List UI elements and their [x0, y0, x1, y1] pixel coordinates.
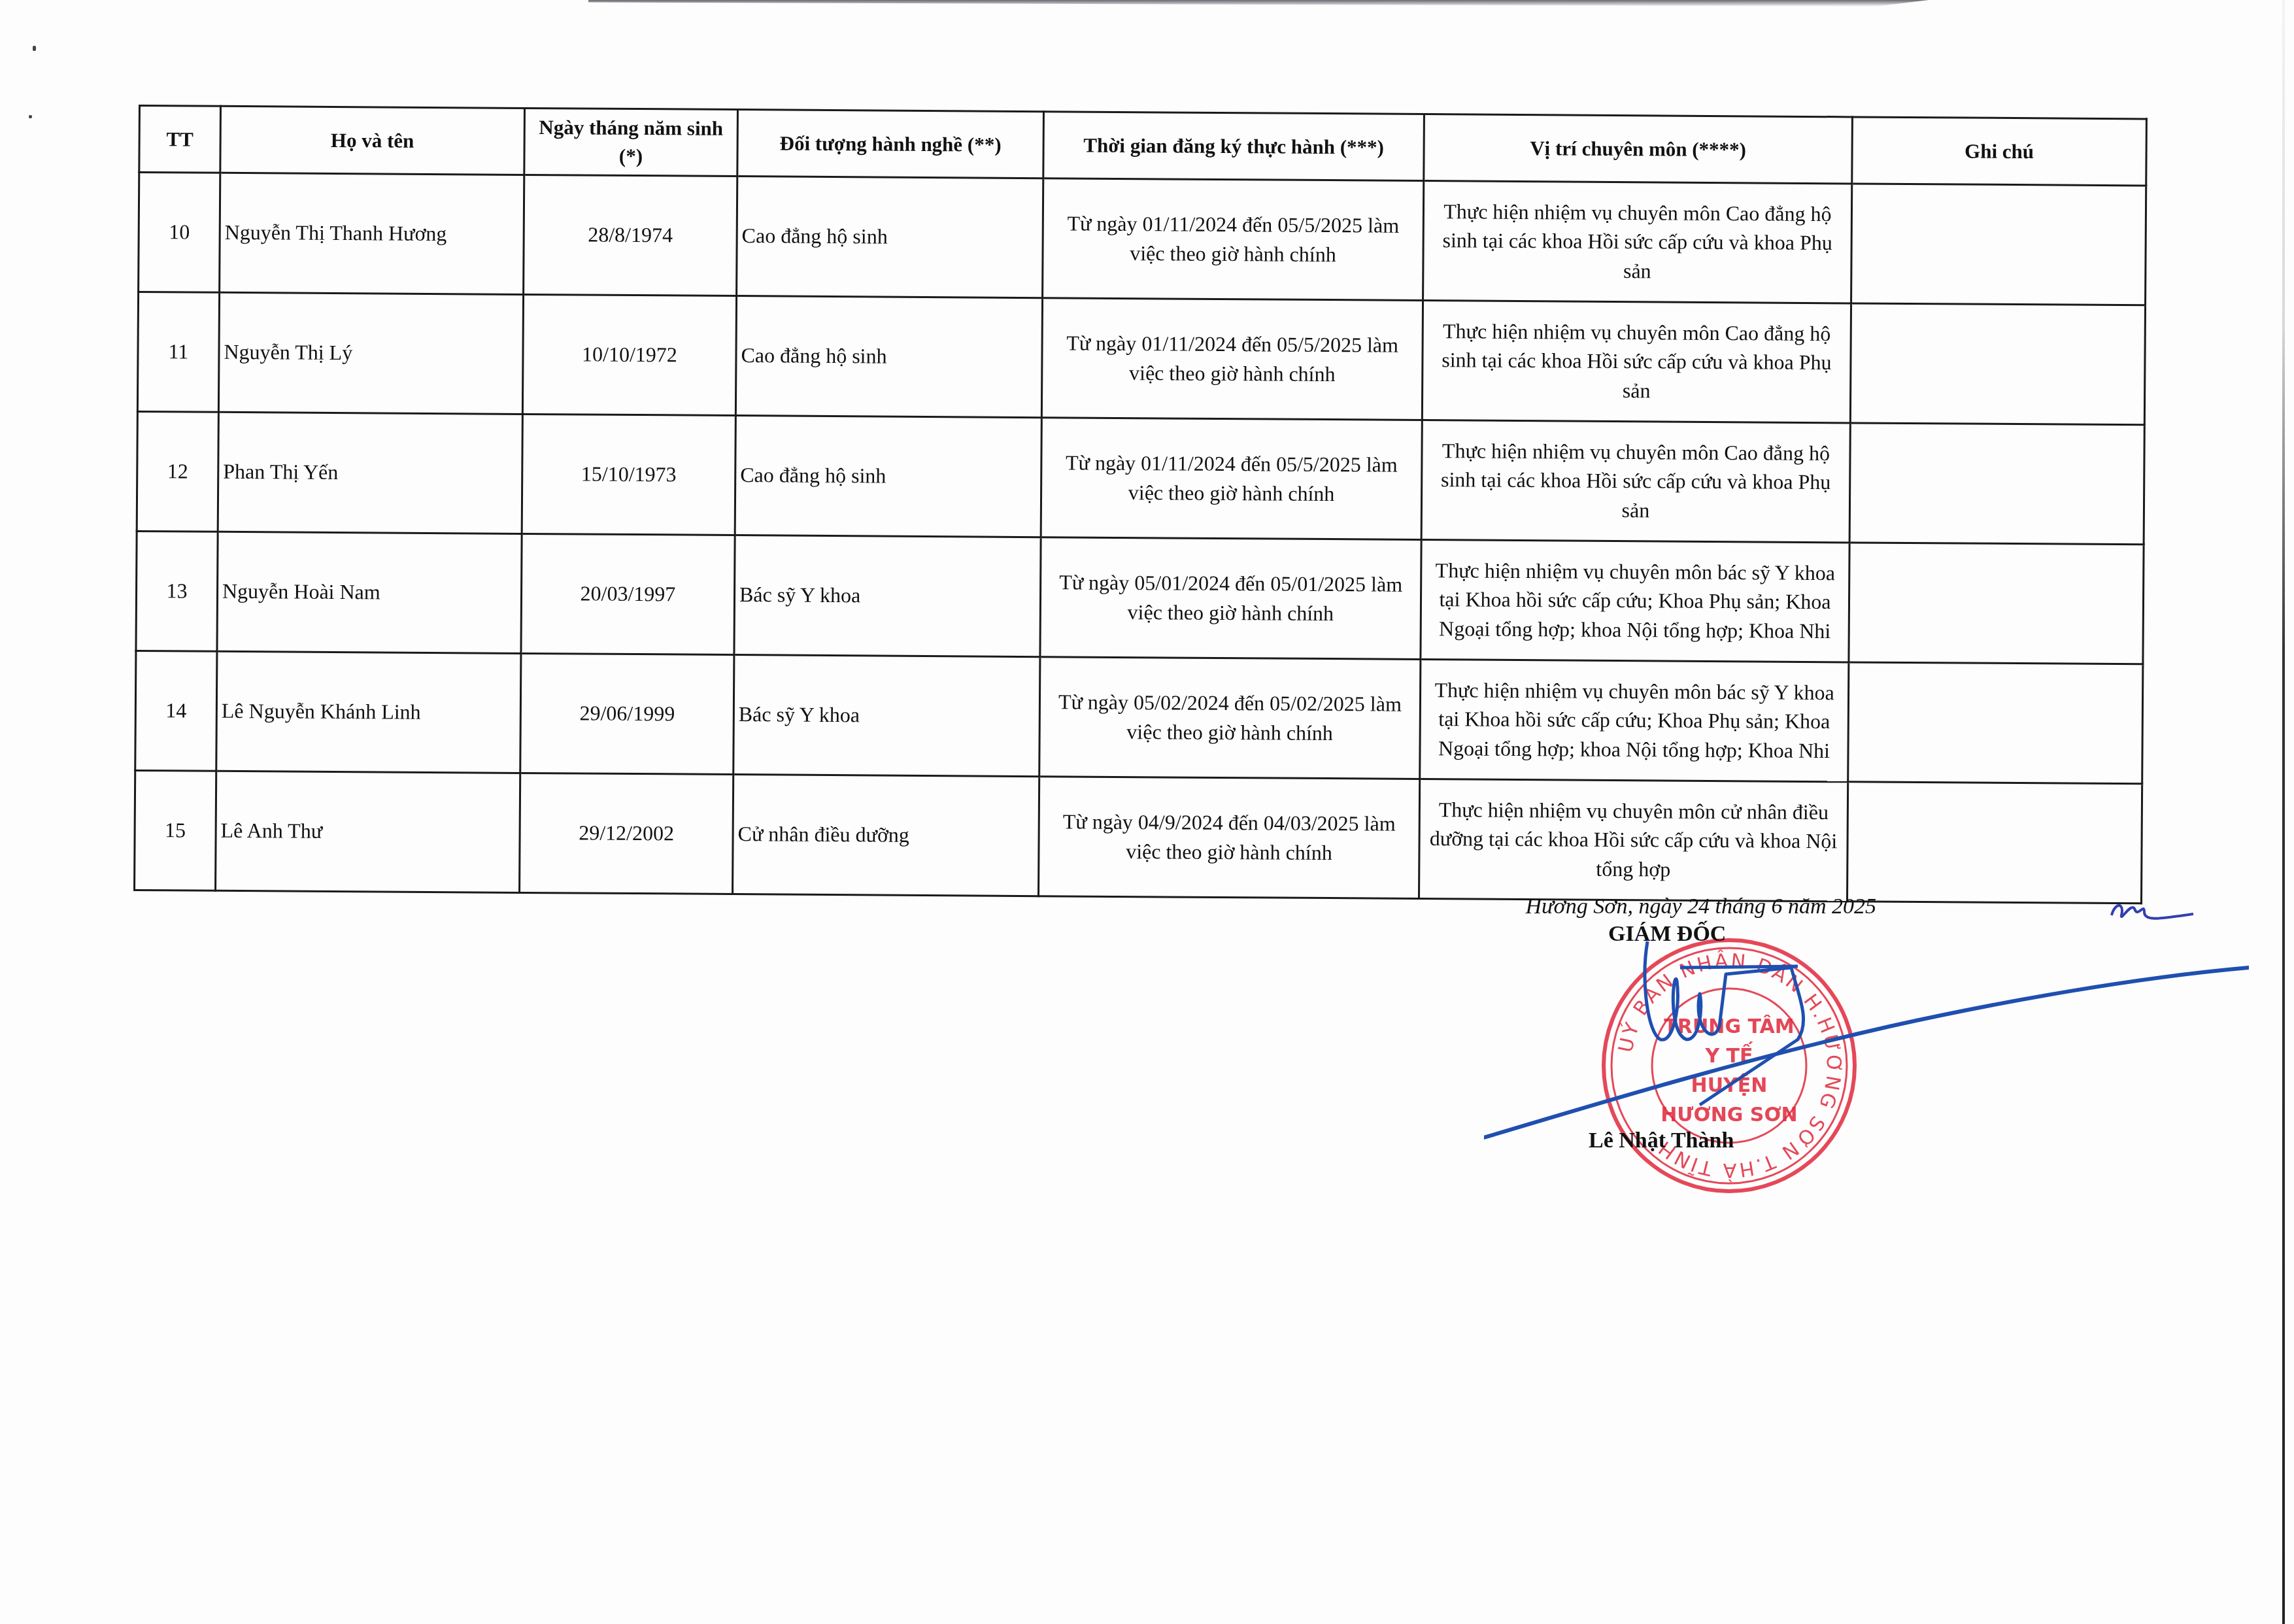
header-note: Ghi chú	[1852, 117, 2147, 186]
cell-dob: 28/8/1974	[524, 175, 737, 296]
scan-top-shadow	[588, 0, 1929, 7]
cell-position: Thực hiện nhiệm vụ chuyên môn bác sỹ Y k…	[1421, 539, 1849, 662]
table-row: 10Nguyễn Thị Thanh Hương28/8/1974Cao đẳn…	[139, 172, 2146, 305]
cell-registration-period: Từ ngày 05/02/2024 đến 05/02/2025 làm vi…	[1039, 656, 1421, 779]
cell-name: Nguyễn Thị Thanh Hương	[220, 173, 524, 294]
cell-registration-period: Từ ngày 01/11/2024 đến 05/5/2025 làm việ…	[1043, 178, 1424, 300]
cell-tt: 10	[139, 172, 220, 292]
cell-position: Thực hiện nhiệm vụ chuyên môn Cao đẳng h…	[1422, 300, 1851, 422]
place-date: Hương Sơn, ngày 24 tháng 6 năm 2025	[1445, 894, 1902, 919]
header-dob: Ngày tháng năm sinh (*)	[524, 108, 738, 176]
cell-dob: 10/10/1972	[522, 294, 736, 415]
table-row: 12Phan Thị Yến15/10/1973Cao đẳng hộ sinh…	[137, 411, 2144, 544]
cell-practice-object: Cao đẳng hộ sinh	[737, 176, 1043, 297]
cell-name: Lê Anh Thư	[216, 771, 520, 892]
initial-mark	[2108, 896, 2193, 925]
cell-practice-object: Bác sỹ Y khoa	[734, 654, 1040, 776]
table-row: 11Nguyễn Thị Lý10/10/1972Cao đẳng hộ sin…	[137, 292, 2145, 424]
cell-note	[1850, 303, 2145, 425]
practitioner-registry-table: TT Họ và tên Ngày tháng năm sinh (*) Đối…	[133, 105, 2148, 904]
cell-note	[1849, 543, 2144, 664]
cell-position: Thực hiện nhiệm vụ chuyên môn Cao đẳng h…	[1421, 420, 1850, 542]
cell-position: Thực hiện nhiệm vụ chuyên môn cử nhân đi…	[1419, 779, 1847, 901]
scan-right-edge	[2282, 0, 2285, 1624]
table-row: 14Lê Nguyễn Khánh Linh29/06/1999Bác sỹ Y…	[135, 651, 2143, 783]
cell-position: Thực hiện nhiệm vụ chuyên môn Cao đẳng h…	[1423, 180, 1852, 303]
scan-speck	[29, 115, 32, 118]
scan-speck	[33, 46, 36, 51]
cell-tt: 14	[135, 651, 217, 771]
cell-registration-period: Từ ngày 01/11/2024 đến 05/5/2025 làm việ…	[1041, 297, 1423, 420]
cell-note	[1851, 184, 2146, 305]
table-row: 13Nguyễn Hoài Nam20/03/1997Bác sỹ Y khoa…	[136, 531, 2144, 664]
header-practice-object: Đối tượng hành nghề (**)	[737, 110, 1044, 178]
header-tt: TT	[139, 106, 221, 173]
cell-practice-object: Cử nhân điều dưỡng	[733, 774, 1039, 896]
cell-tt: 15	[135, 770, 216, 890]
cell-name: Phan Thị Yến	[218, 412, 522, 533]
cell-dob: 29/06/1999	[520, 653, 734, 774]
cell-dob: 15/10/1973	[522, 414, 735, 535]
table-row: 15Lê Anh Thư29/12/2002Cử nhân điều dưỡng…	[135, 770, 2142, 903]
cell-practice-object: Cao đẳng hộ sinh	[735, 296, 1042, 417]
table-header-row: TT Họ và tên Ngày tháng năm sinh (*) Đối…	[139, 106, 2147, 186]
cell-tt: 13	[136, 531, 218, 651]
header-name: Họ và tên	[220, 106, 525, 175]
cell-dob: 20/03/1997	[521, 533, 735, 654]
document-body: TT Họ và tên Ngày tháng năm sinh (*) Đối…	[133, 105, 2146, 904]
cell-practice-object: Bác sỹ Y khoa	[734, 535, 1041, 656]
handwritten-signature	[1484, 928, 2249, 1151]
cell-name: Nguyễn Hoài Nam	[217, 532, 522, 653]
cell-practice-object: Cao đẳng hộ sinh	[735, 415, 1041, 537]
cell-tt: 11	[137, 292, 219, 412]
cell-position: Thực hiện nhiệm vụ chuyên môn bác sỹ Y k…	[1420, 659, 1849, 781]
cell-note	[1849, 423, 2144, 545]
cell-tt: 12	[137, 411, 218, 532]
cell-registration-period: Từ ngày 01/11/2024 đến 05/5/2025 làm việ…	[1041, 417, 1422, 539]
cell-note	[1848, 662, 2143, 784]
cell-note	[1847, 782, 2142, 904]
header-position: Vị trí chuyên môn (****)	[1424, 114, 1853, 184]
cell-name: Nguyễn Thị Lý	[218, 292, 523, 414]
header-registration-period: Thời gian đăng ký thực hành (***)	[1043, 112, 1425, 181]
cell-dob: 29/12/2002	[520, 773, 734, 894]
cell-name: Lê Nguyễn Khánh Linh	[216, 651, 521, 773]
cell-registration-period: Từ ngày 04/9/2024 đến 04/03/2025 làm việ…	[1039, 776, 1420, 898]
cell-registration-period: Từ ngày 05/01/2024 đến 05/01/2025 làm vi…	[1040, 537, 1421, 659]
